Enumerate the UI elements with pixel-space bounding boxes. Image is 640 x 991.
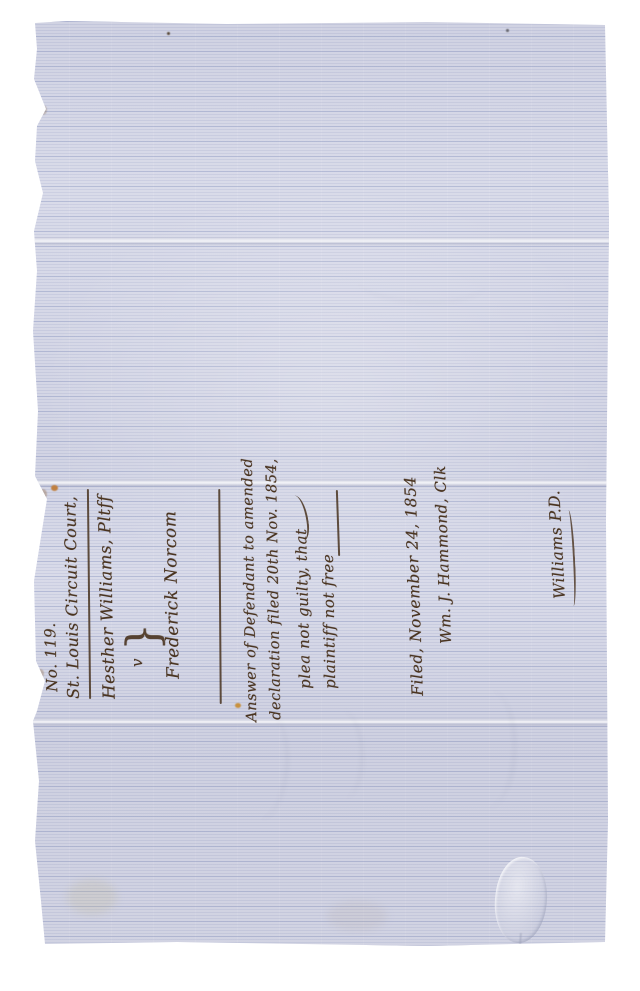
paper-stain [327, 901, 387, 931]
plaintiff-name: Hesther Williams, Pltff [94, 495, 118, 699]
case-number: No. 119. [41, 622, 61, 692]
court-underline [87, 489, 91, 699]
docket-panel: No. 119. St. Louis Circuit Court, Hesthe… [42, 466, 582, 706]
foxing-spot [167, 32, 170, 35]
foxing-spot [235, 703, 241, 708]
fold-crease [27, 718, 609, 727]
answer-line-3: plea not guilty, that [292, 528, 314, 689]
ink-showthrough [456, 689, 517, 811]
answer-line-2: declaration filed 20th Nov. 1854, [264, 458, 285, 720]
edge-discoloration [37, 669, 44, 678]
foxing-spot [51, 485, 58, 491]
ink-showthrough [356, 259, 487, 306]
scanned-document: No. 119. St. Louis Circuit Court, Hesthe… [0, 0, 640, 991]
clerk-signature: Wm. J. Hammond, Clk [431, 465, 455, 644]
versus-label: v [128, 658, 146, 667]
answer-line-1: Answer of Defendant to amended [240, 458, 261, 723]
paper-stain [67, 879, 117, 915]
foxing-spot [506, 29, 509, 32]
embossed-seal-stem [518, 933, 522, 959]
court-name: St. Louis Circuit Court, [60, 496, 83, 700]
caption-underline [218, 489, 222, 704]
attorney-signature: Williams P.D. [545, 489, 569, 599]
pen-flourish [287, 494, 311, 542]
fold-crease [27, 237, 609, 246]
edge-discoloration [39, 105, 47, 115]
defendant-name: Frederick Norcom [160, 510, 184, 679]
filed-date: Filed, November 24, 1854 [401, 476, 427, 696]
caption-brace: } [118, 622, 169, 651]
edge-discoloration [39, 489, 47, 499]
answer-line-4: plaintiff not free [319, 554, 339, 690]
answer-underline [336, 490, 340, 556]
document-page: No. 119. St. Louis Circuit Court, Hesthe… [27, 21, 609, 946]
